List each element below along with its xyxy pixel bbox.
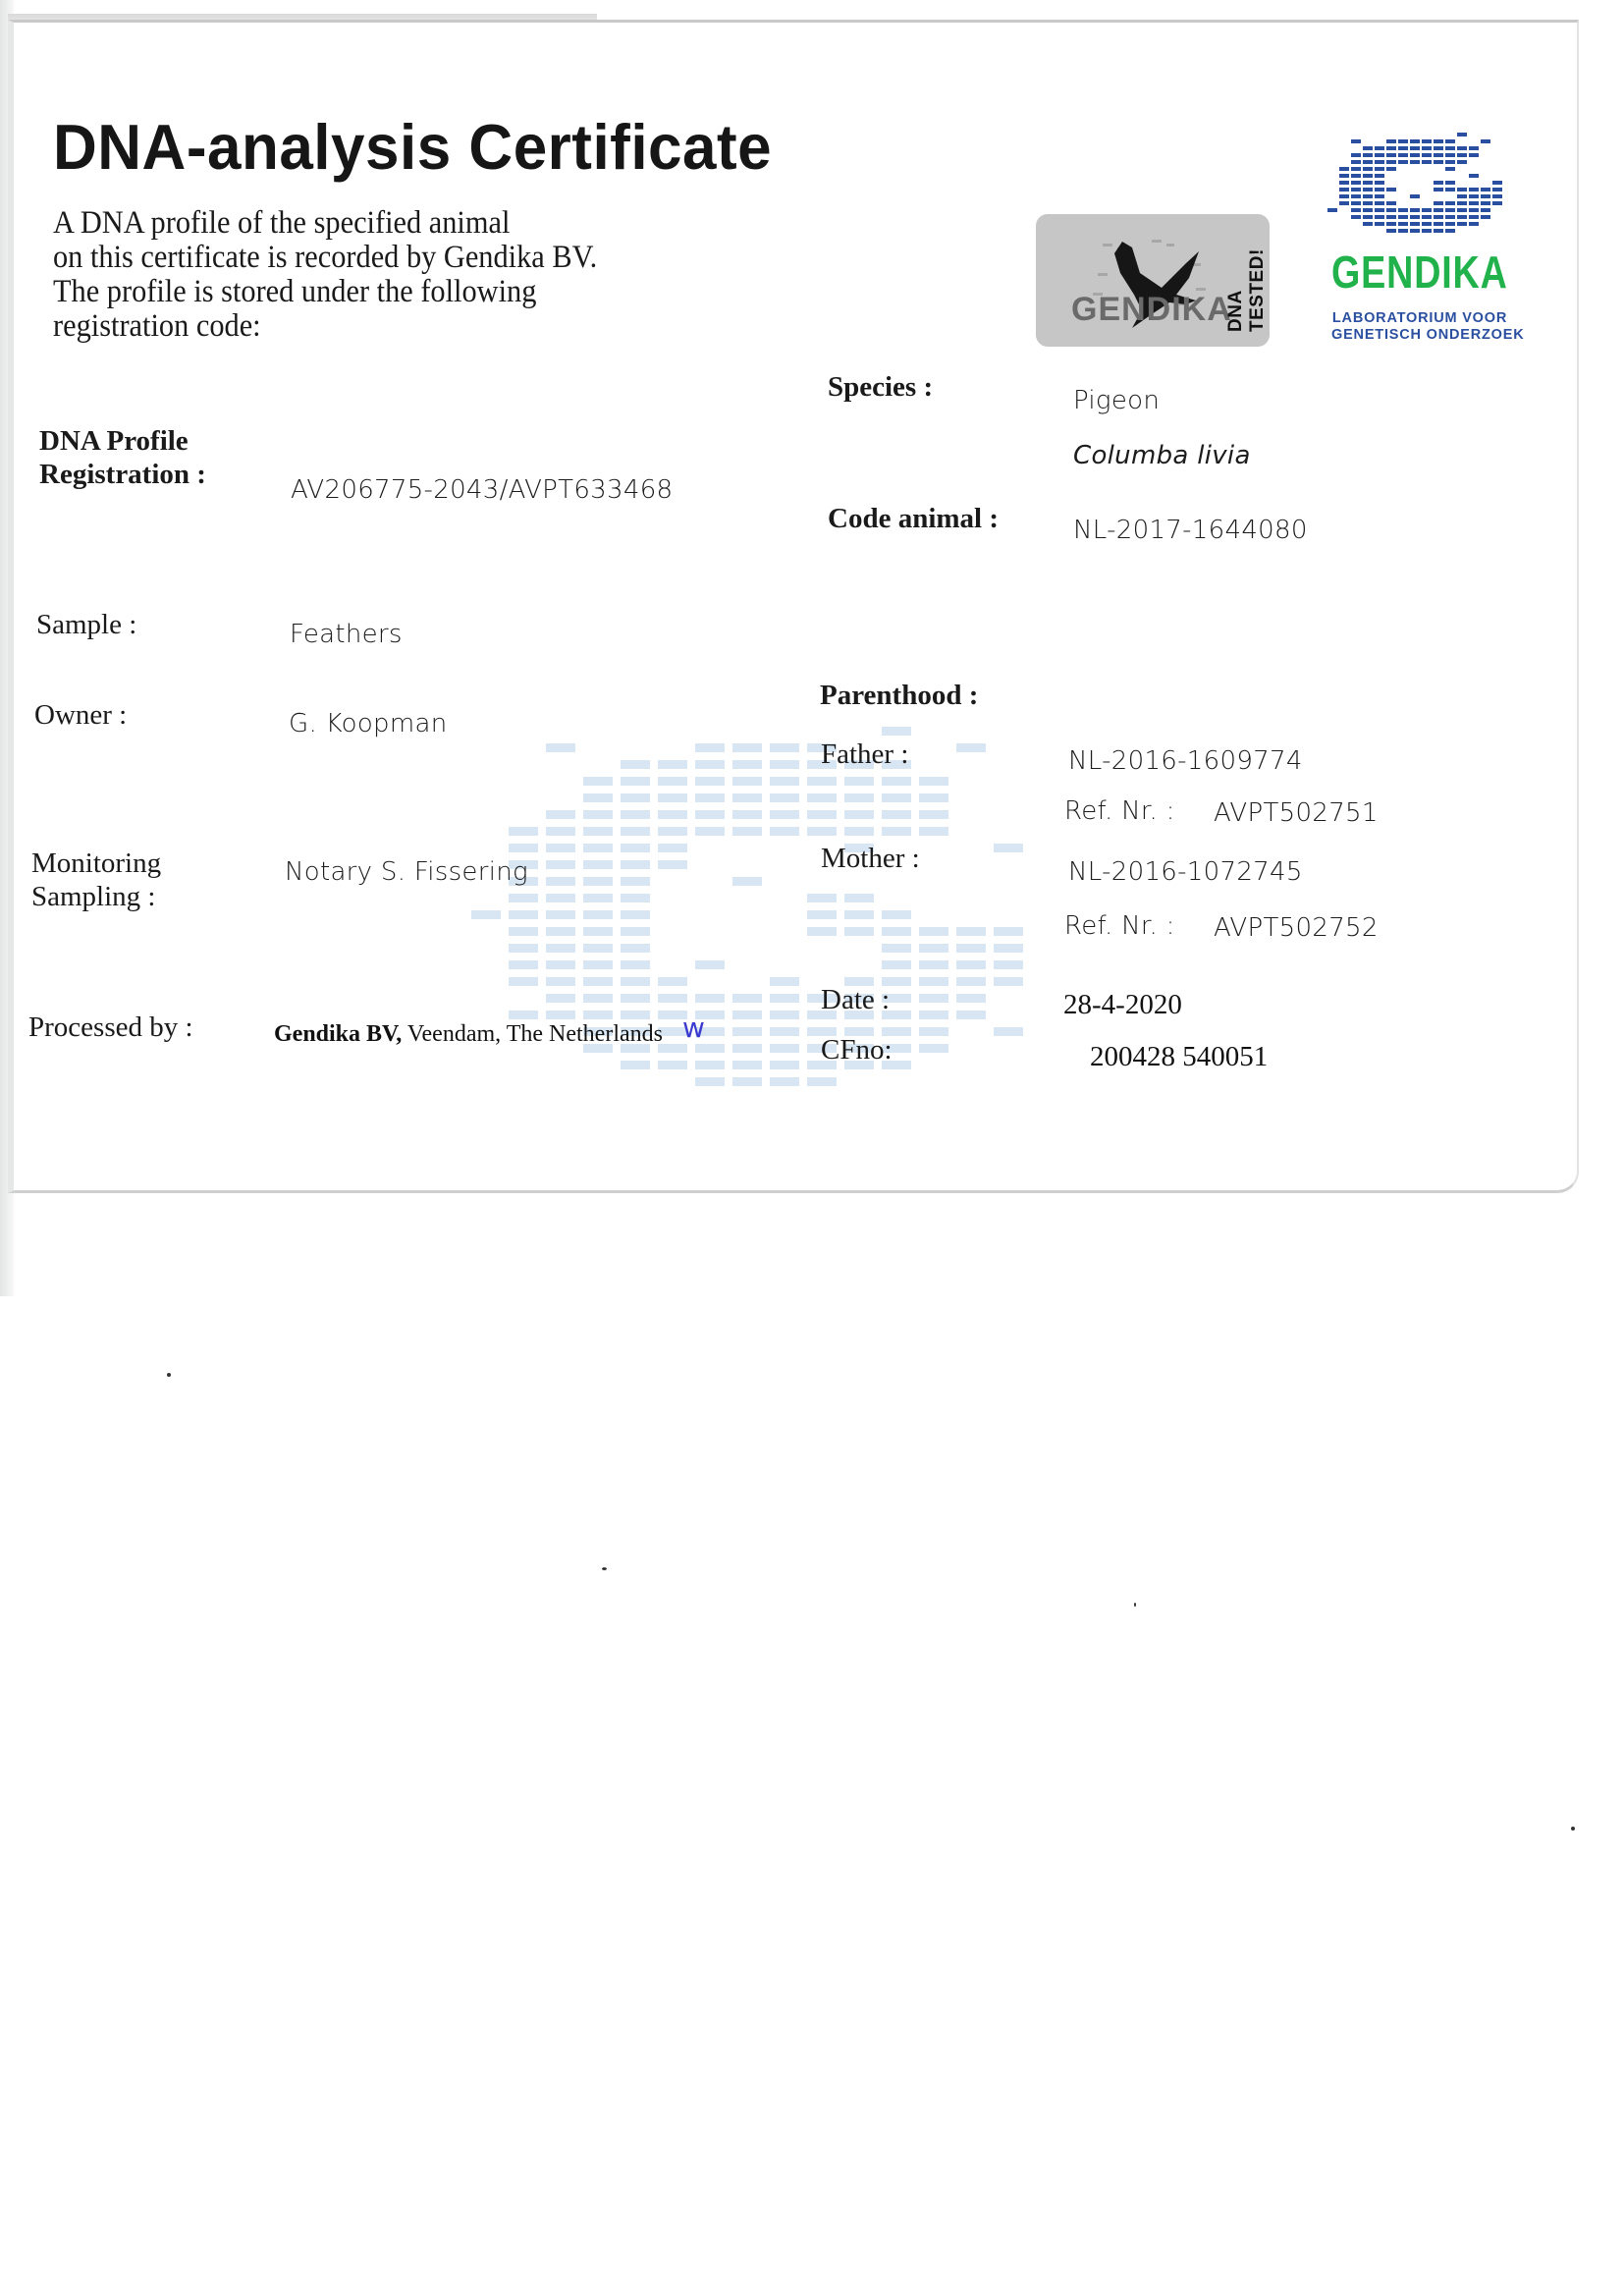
sample-value: Feathers <box>290 620 403 649</box>
mother-label: Mother : <box>821 843 920 875</box>
handwritten-initial: w <box>682 1011 705 1044</box>
label-line: DNA Profile <box>39 424 206 458</box>
date-value: 28-4-2020 <box>1063 989 1182 1021</box>
certificate-title: DNA-analysis Certificate <box>53 111 772 185</box>
logo-subtitle-line: GENETISCH ONDERZOEK <box>1331 327 1508 344</box>
intro-line: registration code: <box>53 309 597 344</box>
species-latin: Columba livia <box>1073 441 1251 470</box>
label-line: Sampling : <box>31 880 161 913</box>
scan-speck <box>1571 1827 1575 1831</box>
label-line: Registration : <box>39 458 206 491</box>
logo-name: GENDIKA <box>1331 246 1508 299</box>
mother-ref-label: Ref. Nr. : <box>1064 911 1175 941</box>
owner-value: G. Koopman <box>289 709 448 738</box>
father-ref-label: Ref. Nr. : <box>1064 796 1175 826</box>
parenthood-label: Parenthood : <box>820 680 978 712</box>
badge-brand: GENDIKA <box>1071 291 1232 329</box>
species-common: Pigeon <box>1073 386 1160 415</box>
processed-by-value: Gendika BV, Veendam, The Netherlands <box>274 1021 663 1048</box>
scan-speck <box>1134 1603 1136 1607</box>
logo-subtitle-line: LABORATORIUM VOOR <box>1331 310 1508 327</box>
sample-label: Sample : <box>36 609 136 641</box>
monitoring-value: Notary S. Fissering <box>285 857 528 887</box>
mother-ref: AVPT502752 <box>1214 913 1379 943</box>
label-line: Monitoring <box>31 847 161 880</box>
code-animal-value: NL-2017-1644080 <box>1073 516 1308 545</box>
cfno-label: CFno: <box>821 1034 893 1066</box>
processed-by-label: Processed by : <box>28 1011 193 1044</box>
monitoring-label: Monitoring Sampling : <box>31 847 161 913</box>
badge-dna-tested: DNA TESTED! <box>1225 248 1269 332</box>
scan-speck <box>602 1567 607 1570</box>
cfno-value: 200428 540051 <box>1090 1041 1268 1073</box>
code-animal-label: Code animal : <box>828 503 999 535</box>
intro-line: The profile is stored under the followin… <box>53 275 597 309</box>
certificate-intro: A DNA profile of the specified animal on… <box>53 206 644 344</box>
registration-value: AV206775-2043/AVPT633468 <box>291 475 673 505</box>
species-label: Species : <box>828 371 933 404</box>
intro-line: on this certificate is recorded by Gendi… <box>53 241 597 275</box>
registration-label: DNA Profile Registration : <box>39 424 206 491</box>
dna-g-mark-icon <box>1327 133 1514 241</box>
owner-label: Owner : <box>34 699 127 732</box>
scan-speck <box>167 1373 171 1377</box>
processed-location: Veendam, The Netherlands <box>402 1021 663 1047</box>
date-label: Date : <box>821 984 890 1016</box>
logo-subtitle: LABORATORIUM VOOR GENETISCH ONDERZOEK <box>1331 310 1508 344</box>
father-label: Father : <box>821 738 908 771</box>
father-ref: AVPT502751 <box>1214 798 1379 828</box>
father-code: NL-2016-1609774 <box>1068 746 1303 776</box>
processed-company: Gendika BV, <box>274 1021 402 1047</box>
dna-tested-badge: GENDIKA DNA TESTED! <box>1036 214 1270 347</box>
intro-line: A DNA profile of the specified animal <box>53 206 597 241</box>
mother-code: NL-2016-1072745 <box>1068 857 1303 887</box>
